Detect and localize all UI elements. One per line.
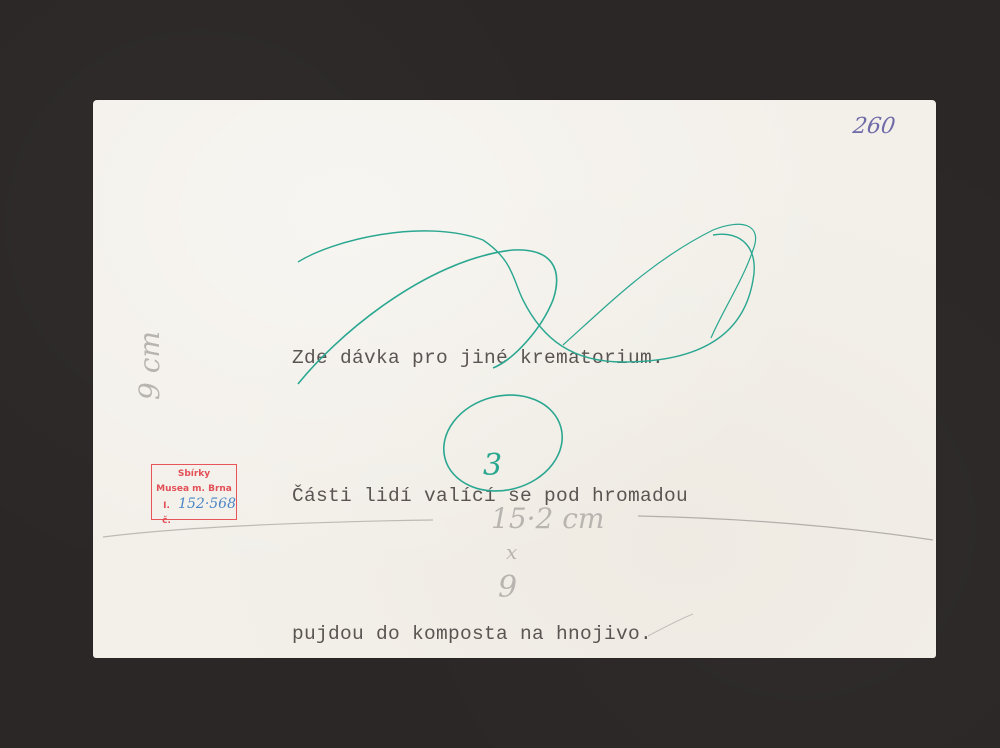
stamp-inventory-label: I. č. bbox=[158, 499, 175, 529]
stamp-inventory-number: 152·568 bbox=[178, 497, 236, 512]
stamp-collection-label: Sbírky bbox=[152, 467, 236, 482]
typed-line-3: pujdou do komposta na hnojivo. bbox=[292, 611, 688, 657]
circled-number-3: 3 bbox=[483, 448, 502, 483]
typed-line-1: Zde dávka pro jiné krematorium. bbox=[292, 335, 688, 381]
stamp-museum-label: Musea m. Brna bbox=[152, 482, 236, 497]
museum-stamp: Sbírky Musea m. Brna I. č. 152·568 bbox=[151, 464, 237, 520]
pencil-height-note: 9 bbox=[498, 570, 517, 605]
pencil-side-note: 9 cm bbox=[133, 331, 166, 400]
archive-card: 260 Zde dávka pro jiné krematorium. Část… bbox=[93, 100, 936, 658]
archive-number: 260 bbox=[851, 114, 897, 139]
pencil-times-sign: x bbox=[506, 540, 517, 564]
pencil-width-note: 15·2 cm bbox=[491, 502, 604, 535]
